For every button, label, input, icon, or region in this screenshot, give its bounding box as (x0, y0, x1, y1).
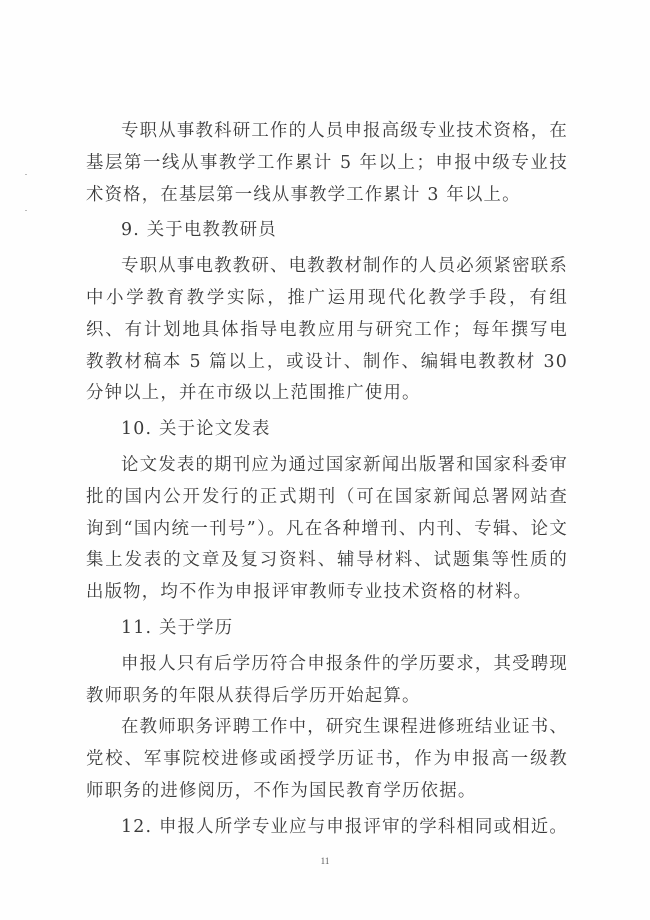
section-heading-12: 12. 申报人所学专业应与申报评审的学科相同或相近。 (86, 812, 568, 844)
document-body: 专职从事教科研工作的人员申报高级专业技术资格，在基层第一线从事教学工作累计 5 … (86, 116, 568, 848)
paragraph-research-staff: 专职从事教科研工作的人员申报高级专业技术资格，在基层第一线从事教学工作累计 5 … (86, 116, 568, 211)
paragraph-degree-requirement: 申报人只有后学历符合申报条件的学历要求，其受聘现教师职务的年限从获得后学历开始起… (86, 649, 568, 713)
section-heading-9: 9. 关于电教教研员 (86, 215, 568, 247)
paragraph-paper-publication: 论文发表的期刊应为通过国家新闻出版署和国家科委审批的国内公开发行的正式期刊（可在… (86, 450, 568, 609)
paragraph-av-education: 专职从事电教教研、电教教材制作的人员必须紧密联系中小学教育教学实际，推广运用现代… (86, 251, 568, 410)
document-page: 专职从事教科研工作的人员申报高级专业技术资格，在基层第一线从事教学工作累计 5 … (0, 0, 650, 920)
section-heading-10: 10. 关于论文发表 (86, 414, 568, 446)
scan-mark (25, 174, 27, 175)
scan-mark (25, 210, 27, 211)
paragraph-certificate-rule: 在教师职务评聘工作中，研究生课程进修班结业证书、党校、军事院校进修或函授学历证书… (86, 712, 568, 807)
page-number: 11 (0, 856, 650, 866)
section-heading-11: 11. 关于学历 (86, 613, 568, 645)
